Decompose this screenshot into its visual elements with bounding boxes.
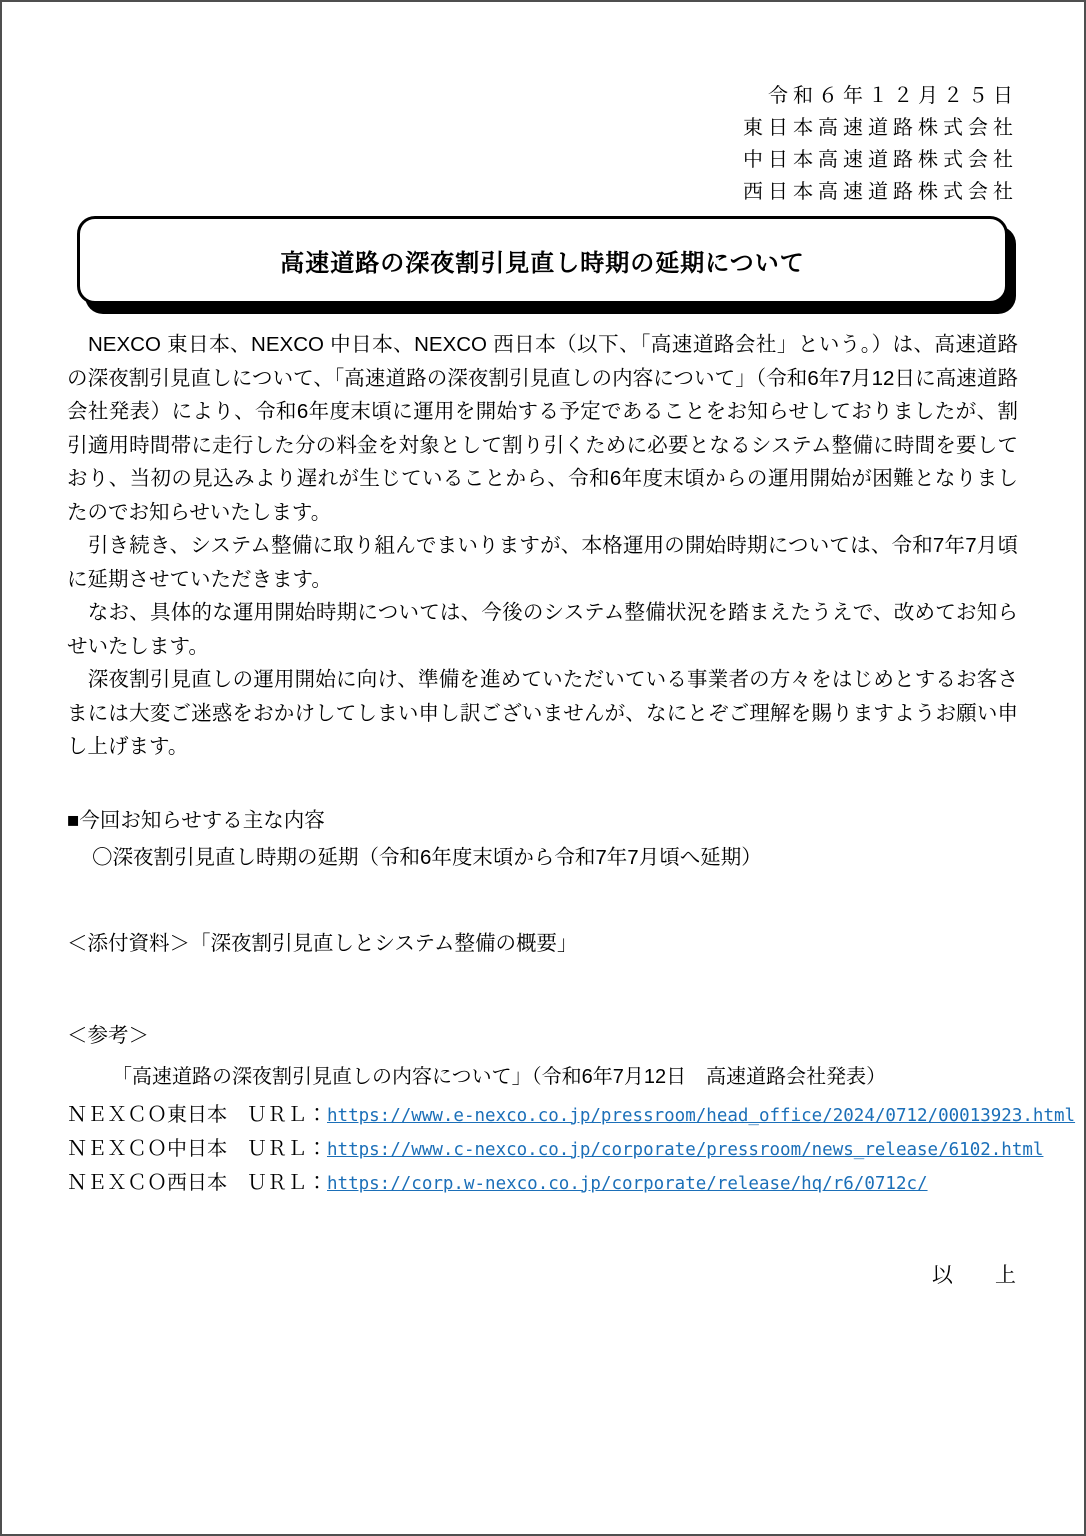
page-title: 高速道路の深夜割引見直し時期の延期について [280, 243, 805, 278]
summary-section: ■今回お知らせする主な内容 〇深夜割引見直し時期の延期（令和6年度末頃から令和7… [67, 802, 1018, 876]
attachment-note: ＜添付資料＞「深夜割引見直しとシステム整備の概要」 [67, 926, 1018, 956]
link-label-central: ＮＥＸＣＯ中日本 ＵＲＬ： [67, 1138, 327, 1160]
link-line-east: ＮＥＸＣＯ東日本 ＵＲＬ：https://www.e-nexco.co.jp/p… [67, 1099, 1018, 1133]
company-name-central: 中日本高速道路株式会社 [67, 144, 1018, 176]
company-name-west: 西日本高速道路株式会社 [67, 176, 1018, 208]
link-url-west[interactable]: https://corp.w-nexco.co.jp/corporate/rel… [327, 1174, 928, 1194]
summary-heading: ■今回お知らせする主な内容 [67, 802, 1018, 839]
press-release-page: 令和６年１２月２５日 東日本高速道路株式会社 中日本高速道路株式会社 西日本高速… [0, 0, 1086, 1536]
link-line-central: ＮＥＸＣＯ中日本 ＵＲＬ：https://www.c-nexco.co.jp/c… [67, 1133, 1018, 1167]
title-box: 高速道路の深夜割引見直し時期の延期について [77, 216, 1008, 304]
header-block: 令和６年１２月２５日 東日本高速道路株式会社 中日本高速道路株式会社 西日本高速… [67, 80, 1018, 208]
body-paragraph-1: NEXCO 東日本、NEXCO 中日本、NEXCO 西日本（以下、「高速道路会社… [67, 328, 1018, 529]
summary-item: 〇深夜割引見直し時期の延期（令和6年度末頃から令和7年7月頃へ延期） [67, 839, 1018, 876]
link-label-east: ＮＥＸＣＯ東日本 ＵＲＬ： [67, 1104, 327, 1126]
closing-statement: 以 上 [67, 1259, 1018, 1289]
link-url-central[interactable]: https://www.c-nexco.co.jp/corporate/pres… [327, 1140, 1043, 1160]
release-date: 令和６年１２月２５日 [67, 80, 1018, 112]
link-url-east[interactable]: https://www.e-nexco.co.jp/pressroom/head… [327, 1106, 1075, 1126]
company-name-east: 東日本高速道路株式会社 [67, 112, 1018, 144]
body-text: NEXCO 東日本、NEXCO 中日本、NEXCO 西日本（以下、「高速道路会社… [67, 328, 1018, 764]
link-line-west: ＮＥＸＣＯ西日本 ＵＲＬ：https://corp.w-nexco.co.jp/… [67, 1167, 1018, 1201]
reference-source: 「高速道路の深夜割引見直しの内容について」（令和6年7月12日 高速道路会社発表… [67, 1060, 1018, 1089]
reference-links: ＮＥＸＣＯ東日本 ＵＲＬ：https://www.e-nexco.co.jp/p… [67, 1099, 1018, 1201]
body-paragraph-3: なお、具体的な運用開始時期については、今後のシステム整備状況を踏まえたうえで、改… [67, 596, 1018, 663]
body-paragraph-2: 引き続き、システム整備に取り組んでまいりますが、本格運用の開始時期については、令… [67, 529, 1018, 596]
reference-section: ＜参考＞ 「高速道路の深夜割引見直しの内容について」（令和6年7月12日 高速道… [67, 1018, 1018, 1201]
reference-heading: ＜参考＞ [67, 1018, 1018, 1048]
link-label-west: ＮＥＸＣＯ西日本 ＵＲＬ： [67, 1172, 327, 1194]
body-paragraph-4: 深夜割引見直しの運用開始に向け、準備を進めていただいている事業者の方々をはじめと… [67, 663, 1018, 764]
